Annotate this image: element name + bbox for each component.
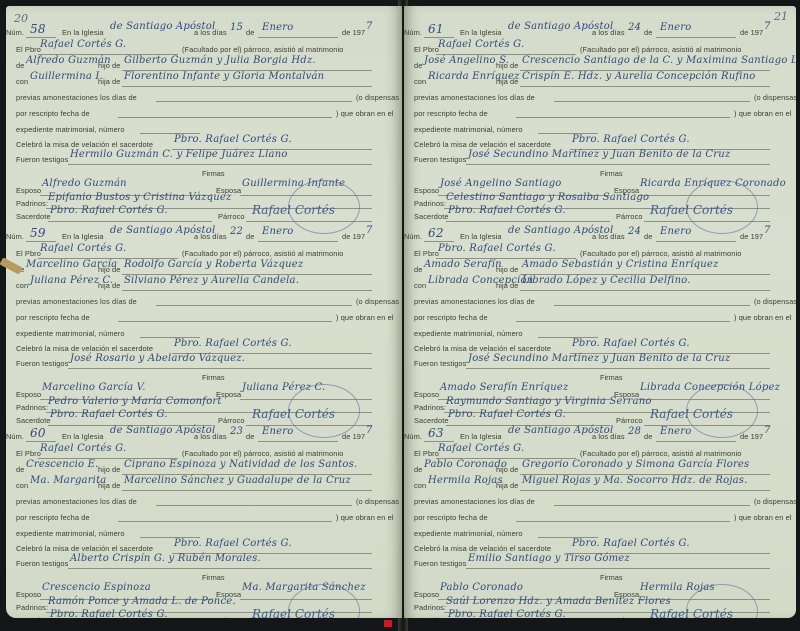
hija-de-label: hija de <box>98 281 120 290</box>
esposo-label: Esposo <box>16 186 41 195</box>
padrinos-value: Raymundo Santiago y Virginia Serrano <box>446 396 652 407</box>
expediente-label: expediente matrimonial, número <box>414 529 523 538</box>
sacerdote-signature: Pbro. Rafael Cortés G. <box>448 609 566 618</box>
esposo-signature: José Angelino Santiago <box>440 178 562 189</box>
pbro-value: Pbro. Rafael Cortés G. <box>438 243 556 254</box>
de-esposo-label: de <box>414 265 422 274</box>
hijo-de-label: hijo de <box>98 265 120 274</box>
dia-value: 23 <box>230 426 243 437</box>
dispensas-label: (o dispensas <box>754 497 796 506</box>
dispensas-label: (o dispensas <box>754 297 796 306</box>
hijo-de-label: hijo de <box>496 61 518 70</box>
testigos-label: Fueron testigos <box>16 359 68 368</box>
testigos-value: José Rosario y Abelardo Vázquez. <box>70 353 245 364</box>
rescripto-label: por rescripto fecha de <box>16 109 90 118</box>
hija-de-label: hija de <box>496 281 518 290</box>
esposo-label: Esposo <box>16 590 41 599</box>
de-esposo-label: de <box>16 465 24 474</box>
de-label: de <box>644 432 652 441</box>
mes-value: Enero <box>660 226 691 237</box>
de-esposo-label: de <box>16 61 24 70</box>
iglesia-label: En la Iglesia <box>460 432 502 441</box>
facultado-label: (Facultado por el) párroco, asistió al m… <box>182 249 343 258</box>
pbro-label: El Pbro <box>16 249 41 258</box>
pbro-value: Rafael Cortés G. <box>40 39 126 50</box>
anio-digit: 7 <box>764 225 771 236</box>
anio-label: de 197 <box>342 232 365 241</box>
left-page: 20 Núm. 58 En la Iglesia de Santiago Apó… <box>6 6 402 618</box>
padrinos-value: Ramón Ponce y Amada L. de Ponce. <box>48 596 236 607</box>
esposo-name: Crescencio E. <box>26 459 99 470</box>
record-number: 63 <box>428 426 444 440</box>
esposa-parents: Miguel Rojas y Ma. Socorro Hdz. de Rojas… <box>522 475 748 486</box>
dia-value: 24 <box>628 22 641 33</box>
testigos-value: Alberto Crispín G. y Rubén Morales. <box>70 553 261 564</box>
expediente-label: expediente matrimonial, número <box>16 529 125 538</box>
esposo-name: Pablo Coronado <box>424 459 507 470</box>
pbro-label: El Pbro <box>414 449 439 458</box>
esposo-parents: Gregorio Coronado y Simona García Flores <box>522 459 749 470</box>
rescripto-label: por rescripto fecha de <box>414 513 488 522</box>
esposo-parents: Amado Sebastián y Cristina Enríquez <box>522 259 718 270</box>
hija-de-label: hija de <box>496 481 518 490</box>
testigos-label: Fueron testigos <box>16 155 68 164</box>
record-number: 61 <box>428 22 444 36</box>
sacerdote-label: Sacerdote <box>16 616 51 618</box>
hija-de-label: hija de <box>98 77 120 86</box>
esposa-name: Ma. Margarita <box>30 475 106 486</box>
que-obran-label: ) que obran en el <box>336 109 394 118</box>
marriage-record-60: Núm. 60 En la Iglesia de Santiago Apósto… <box>6 424 402 618</box>
parroco-label: Párroco <box>616 616 643 618</box>
parroco-label: Párroco <box>218 212 245 221</box>
iglesia-label: En la Iglesia <box>62 432 104 441</box>
dispensas-label: (o dispensas <box>754 93 796 102</box>
hijo-de-label: hijo de <box>98 61 120 70</box>
firmas-heading: Firmas <box>202 169 225 178</box>
testigos-value: José Secundino Martínez y Juan Benito de… <box>468 353 730 364</box>
esposo-label: Esposo <box>414 186 439 195</box>
esposa-name: Guillermina I. <box>30 71 103 82</box>
que-obran-label: ) que obran en el <box>336 313 394 322</box>
esposa-name: Hermila Rojas <box>428 475 503 486</box>
marriage-record-58: Núm. 58 En la Iglesia de Santiago Apósto… <box>6 20 402 216</box>
dias-label: a los días <box>592 432 625 441</box>
dia-value: 15 <box>230 22 243 33</box>
anio-digit: 7 <box>366 21 373 32</box>
sacerdote-signature: Pbro. Rafael Cortés G. <box>448 409 566 420</box>
con-label: con <box>414 481 426 490</box>
firmas-heading: Firmas <box>600 373 623 382</box>
de-label: de <box>246 28 254 37</box>
esposo-signature: Alfredo Guzmán <box>42 178 127 189</box>
rescripto-label: por rescripto fecha de <box>16 313 90 322</box>
iglesia-label: En la Iglesia <box>62 28 104 37</box>
rescripto-label: por rescripto fecha de <box>414 109 488 118</box>
hijo-de-label: hijo de <box>98 465 120 474</box>
right-page: 21 Núm. 61 En la Iglesia de Santiago Apó… <box>404 6 796 618</box>
hijo-de-label: hijo de <box>496 465 518 474</box>
sacerdote-signature: Pbro. Rafael Cortés G. <box>50 205 168 216</box>
sacerdote-signature: Pbro. Rafael Cortés G. <box>50 609 168 618</box>
dispensas-label: (o dispensas <box>356 497 399 506</box>
de-esposo-label: de <box>414 61 422 70</box>
firmas-heading: Firmas <box>202 573 225 582</box>
padrinos-value: Pedro Valerio y María Comonfort <box>48 396 222 407</box>
firmas-heading: Firmas <box>600 573 623 582</box>
rescripto-label: por rescripto fecha de <box>414 313 488 322</box>
marriage-record-61: Núm. 61 En la Iglesia de Santiago Apósto… <box>404 20 796 216</box>
marriage-record-62: Núm. 62 En la Iglesia de Santiago Apósto… <box>404 224 796 420</box>
pbro-value: Rafael Cortés G. <box>438 443 524 454</box>
num-label: Núm. <box>404 28 422 37</box>
esposo-parents: Ciprano Espinoza y Natividad de los Sant… <box>124 459 357 470</box>
parroco-label: Párroco <box>218 616 245 618</box>
marriage-record-59: Núm. 59 En la Iglesia de Santiago Apósto… <box>6 224 402 420</box>
que-obran-label: ) que obran en el <box>734 513 792 522</box>
dia-value: 28 <box>628 426 641 437</box>
firmas-heading: Firmas <box>202 373 225 382</box>
de-esposo-label: de <box>414 465 422 474</box>
esposo-parents: Crescencio Santiago de la C. y Maximina … <box>522 55 796 66</box>
celebro-label: Celebró la misa de velación el sacerdote <box>414 344 551 353</box>
celebro-value: Pbro. Rafael Cortés G. <box>174 134 292 145</box>
esposo-parents: Rodolfo García y Roberta Vázquez <box>124 259 303 270</box>
celebro-label: Celebró la misa de velación el sacerdote <box>16 344 153 353</box>
dias-label: a los días <box>592 28 625 37</box>
celebro-value: Pbro. Rafael Cortés G. <box>572 538 690 549</box>
esposo-label: Esposo <box>414 390 439 399</box>
amonestaciones-label: previas amonestaciones los días de <box>414 297 535 306</box>
anio-label: de 197 <box>342 28 365 37</box>
pbro-label: El Pbro <box>16 45 41 54</box>
esposo-parents: Gilberto Guzmán y Julia Borgia Hdz. <box>124 55 316 66</box>
expediente-label: expediente matrimonial, número <box>414 329 523 338</box>
sacerdote-label: Sacerdote <box>414 616 449 618</box>
record-number: 58 <box>30 22 46 36</box>
iglesia-label: En la Iglesia <box>460 232 502 241</box>
que-obran-label: ) que obran en el <box>734 109 792 118</box>
dispensas-label: (o dispensas <box>356 297 399 306</box>
padrinos-label: Padrinos: <box>16 403 48 412</box>
padrinos-value: Celestino Santiago y Rosalba Santiago <box>446 192 649 203</box>
que-obran-label: ) que obran en el <box>734 313 792 322</box>
padrinos-label: Padrinos: <box>414 403 446 412</box>
mes-value: Enero <box>262 426 293 437</box>
sacerdote-label: Sacerdote <box>414 212 449 221</box>
amonestaciones-label: previas amonestaciones los días de <box>16 297 137 306</box>
celebro-value: Pbro. Rafael Cortés G. <box>572 338 690 349</box>
facultado-label: (Facultado por el) párroco, asistió al m… <box>580 249 741 258</box>
de-label: de <box>644 232 652 241</box>
esposa-parents: Librado López y Cecilia Delfino. <box>522 275 691 286</box>
mes-value: Enero <box>660 22 691 33</box>
expediente-label: expediente matrimonial, número <box>414 125 523 134</box>
red-page-tab <box>384 620 392 627</box>
testigos-value: Hermilo Guzmán C. y Felipe Juárez Llano <box>70 149 288 160</box>
testigos-label: Fueron testigos <box>16 559 68 568</box>
num-label: Núm. <box>6 28 24 37</box>
celebro-value: Pbro. Rafael Cortés G. <box>174 538 292 549</box>
anio-label: de 197 <box>740 432 763 441</box>
padrinos-value: Epifanio Bustos y Cristina Vázquez <box>48 192 231 203</box>
padrinos-label: Padrinos: <box>16 199 48 208</box>
esposa-parents: Marcelino Sánchez y Guadalupe de la Cruz <box>124 475 351 486</box>
expediente-label: expediente matrimonial, número <box>16 125 125 134</box>
esposo-label: Esposo <box>16 390 41 399</box>
de-label: de <box>246 432 254 441</box>
anio-label: de 197 <box>342 432 365 441</box>
anio-label: de 197 <box>740 232 763 241</box>
testigos-value: Emilio Santiago y Tirso Gómez <box>468 553 630 564</box>
iglesia-label: En la Iglesia <box>460 28 502 37</box>
pbro-label: El Pbro <box>16 449 41 458</box>
mes-value: Enero <box>262 226 293 237</box>
record-number: 59 <box>30 226 46 240</box>
con-label: con <box>414 281 426 290</box>
celebro-label: Celebró la misa de velación el sacerdote <box>16 544 153 553</box>
sacerdote-signature: Pbro. Rafael Cortés G. <box>50 409 168 420</box>
sacerdote-label: Sacerdote <box>16 212 51 221</box>
esposa-parents: Florentino Infante y Gloria Montalván <box>124 71 324 82</box>
sacerdote-signature: Pbro. Rafael Cortés G. <box>448 205 566 216</box>
amonestaciones-label: previas amonestaciones los días de <box>414 93 535 102</box>
con-label: con <box>16 281 28 290</box>
esposa-parents: Silviano Pérez y Aurelia Candela. <box>124 275 299 286</box>
esposo-signature: Crescencio Espinoza <box>42 582 151 593</box>
de-label: de <box>644 28 652 37</box>
celebro-label: Celebró la misa de velación el sacerdote <box>16 140 153 149</box>
celebro-label: Celebró la misa de velación el sacerdote <box>414 544 551 553</box>
hija-de-label: hija de <box>98 481 120 490</box>
pbro-value: Rafael Cortés G. <box>40 243 126 254</box>
esposo-name: Amado Serafín <box>424 259 502 270</box>
esposa-parents: Crispín E. Hdz. y Aurelia Concepción Ruf… <box>522 71 756 82</box>
esposo-signature: Marcelino García V. <box>42 382 146 393</box>
pbro-label: El Pbro <box>414 45 439 54</box>
dias-label: a los días <box>194 432 227 441</box>
dispensas-label: (o dispensas <box>356 93 399 102</box>
esposo-signature: Amado Serafín Enríquez <box>440 382 568 393</box>
testigos-label: Fueron testigos <box>414 559 466 568</box>
anio-digit: 7 <box>366 225 373 236</box>
con-label: con <box>16 77 28 86</box>
celebro-value: Pbro. Rafael Cortés G. <box>572 134 690 145</box>
testigos-label: Fueron testigos <box>414 155 466 164</box>
mes-value: Enero <box>660 426 691 437</box>
num-label: Núm. <box>6 432 24 441</box>
pbro-value: Rafael Cortés G. <box>40 443 126 454</box>
pbro-label: El Pbro <box>414 249 439 258</box>
padrinos-label: Padrinos: <box>16 603 48 612</box>
anio-digit: 7 <box>764 425 771 436</box>
esposo-label: Esposo <box>414 590 439 599</box>
anio-label: de 197 <box>740 28 763 37</box>
dia-value: 22 <box>230 226 243 237</box>
celebro-label: Celebró la misa de velación el sacerdote <box>414 140 551 149</box>
dias-label: a los días <box>194 28 227 37</box>
facultado-label: (Facultado por el) párroco, asistió al m… <box>580 45 741 54</box>
anio-digit: 7 <box>366 425 373 436</box>
dias-label: a los días <box>592 232 625 241</box>
amonestaciones-label: previas amonestaciones los días de <box>16 497 137 506</box>
celebro-value: Pbro. Rafael Cortés G. <box>174 338 292 349</box>
num-label: Núm. <box>404 432 422 441</box>
padrinos-value: Saúl Lorenzo Hdz. y Amada Benítez Flores <box>446 596 671 607</box>
num-label: Núm. <box>6 232 24 241</box>
expediente-label: expediente matrimonial, número <box>16 329 125 338</box>
facultado-label: (Facultado por el) párroco, asistió al m… <box>580 449 741 458</box>
con-label: con <box>16 481 28 490</box>
firmas-heading: Firmas <box>600 169 623 178</box>
dias-label: a los días <box>194 232 227 241</box>
facultado-label: (Facultado por el) párroco, asistió al m… <box>182 45 343 54</box>
parroco-label: Párroco <box>616 212 643 221</box>
rescripto-label: por rescripto fecha de <box>16 513 90 522</box>
testigos-label: Fueron testigos <box>414 359 466 368</box>
testigos-value: José Secundino Martínez y Juan Benito de… <box>468 149 730 160</box>
hijo-de-label: hijo de <box>496 265 518 274</box>
amonestaciones-label: previas amonestaciones los días de <box>414 497 535 506</box>
iglesia-label: En la Iglesia <box>62 232 104 241</box>
amonestaciones-label: previas amonestaciones los días de <box>16 93 137 102</box>
anio-digit: 7 <box>764 21 771 32</box>
esposo-signature: Pablo Coronado <box>440 582 523 593</box>
de-label: de <box>246 232 254 241</box>
pbro-value: Rafael Cortés G. <box>438 39 524 50</box>
hija-de-label: hija de <box>496 77 518 86</box>
dia-value: 24 <box>628 226 641 237</box>
con-label: con <box>414 77 426 86</box>
num-label: Núm. <box>404 232 422 241</box>
record-number: 62 <box>428 226 444 240</box>
que-obran-label: ) que obran en el <box>336 513 394 522</box>
padrinos-label: Padrinos: <box>414 603 446 612</box>
marriage-record-63: Núm. 63 En la Iglesia de Santiago Apósto… <box>404 424 796 618</box>
mes-value: Enero <box>262 22 293 33</box>
facultado-label: (Facultado por el) párroco, asistió al m… <box>182 449 343 458</box>
record-number: 60 <box>30 426 46 440</box>
padrinos-label: Padrinos: <box>414 199 446 208</box>
